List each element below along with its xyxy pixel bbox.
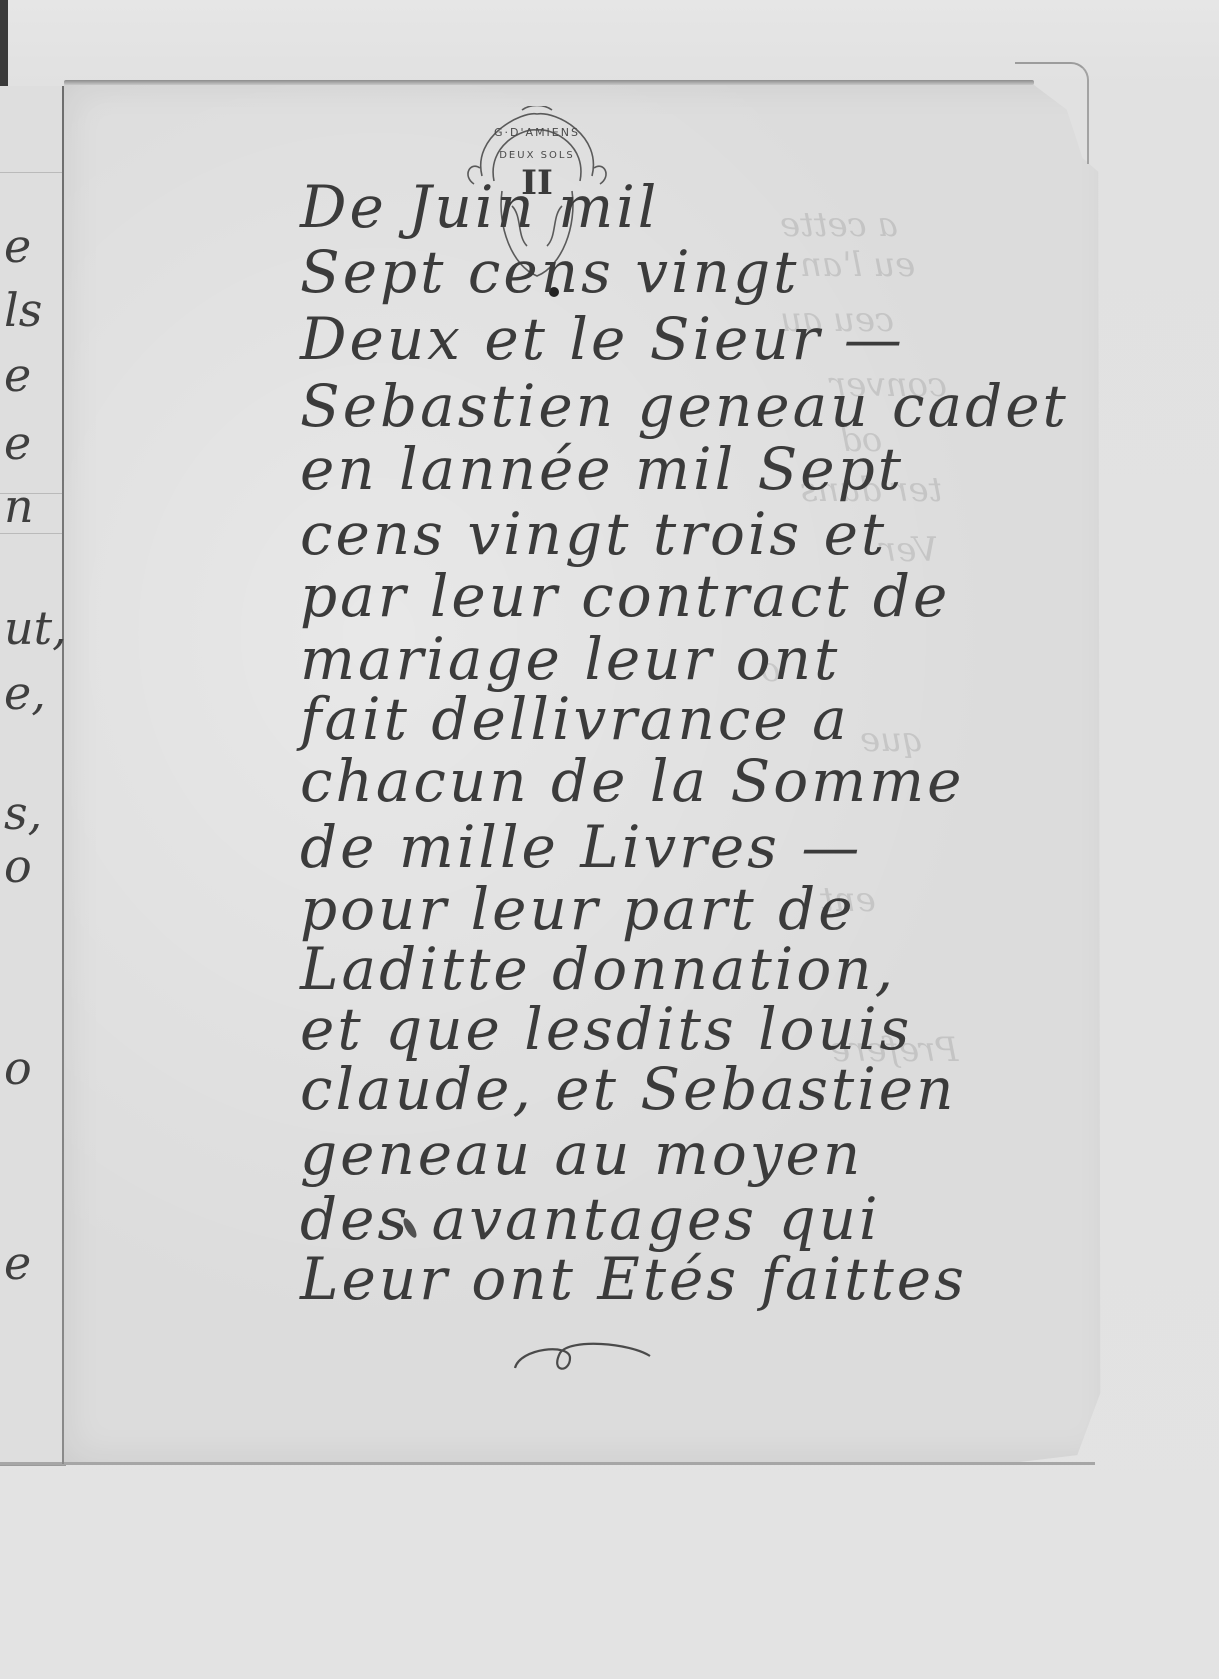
left-page-letter: s, <box>4 790 42 836</box>
left-page-letter: e <box>4 352 31 398</box>
manuscript-line: pour leur part de <box>300 880 856 938</box>
manuscript-line: claude, et Sebastien <box>300 1060 956 1118</box>
manuscript-line: Laditte donnation, <box>300 940 896 998</box>
manuscript-line: Deux et le Sieur — <box>300 310 905 368</box>
closing-flourish-icon <box>510 1338 660 1378</box>
left-page-letter: e <box>4 1240 31 1286</box>
left-page-letter: o <box>4 1045 32 1091</box>
manuscript-line: des avantages qui <box>300 1190 881 1248</box>
left-page-letter: e, <box>4 670 46 716</box>
ruled-line <box>0 172 62 173</box>
manuscript-line: Sebastien geneau cadet <box>300 377 1069 435</box>
manuscript-line: et que lesdits louis <box>300 1000 912 1058</box>
curled-page-corner <box>1015 62 1089 164</box>
left-page-letter: n <box>4 483 34 529</box>
manuscript-line: cens vingt trois et <box>300 505 887 563</box>
page-top-edge <box>64 80 1034 85</box>
manuscript-line: geneau au moyen <box>300 1125 863 1183</box>
left-page-letter: e <box>4 420 31 466</box>
manuscript-line: de mille Livres — <box>300 818 862 876</box>
manuscript-line: par leur contract de <box>300 567 950 625</box>
manuscript-line: mariage leur ont <box>300 630 840 688</box>
page-gutter-fold <box>62 86 64 1464</box>
manuscript-line: chacun de la Somme <box>300 752 964 810</box>
bleed-through-text: eu l'an <box>800 245 915 285</box>
left-page-letter: o <box>4 843 32 889</box>
manuscript-line: Sept cens vingt <box>300 243 799 301</box>
stamp-top-text: G·D'AMIENS <box>494 126 580 139</box>
manuscript-line: fait dellivrance a <box>300 690 850 748</box>
manuscript-line: Leur ont Etés faittes <box>300 1250 967 1308</box>
ruled-line <box>0 533 62 534</box>
left-page-letter: ls <box>4 287 42 333</box>
manuscript-line: en lannée mil Sept <box>300 440 904 498</box>
left-page-letter: e <box>4 223 31 269</box>
binding-edge <box>0 0 8 90</box>
page-bottom-edge <box>0 1462 1095 1465</box>
stamp-value-text: DEUX SOLS <box>499 150 575 161</box>
left-page-letter: ut, <box>4 605 67 651</box>
manuscript-line: De Juin mil <box>300 178 659 236</box>
